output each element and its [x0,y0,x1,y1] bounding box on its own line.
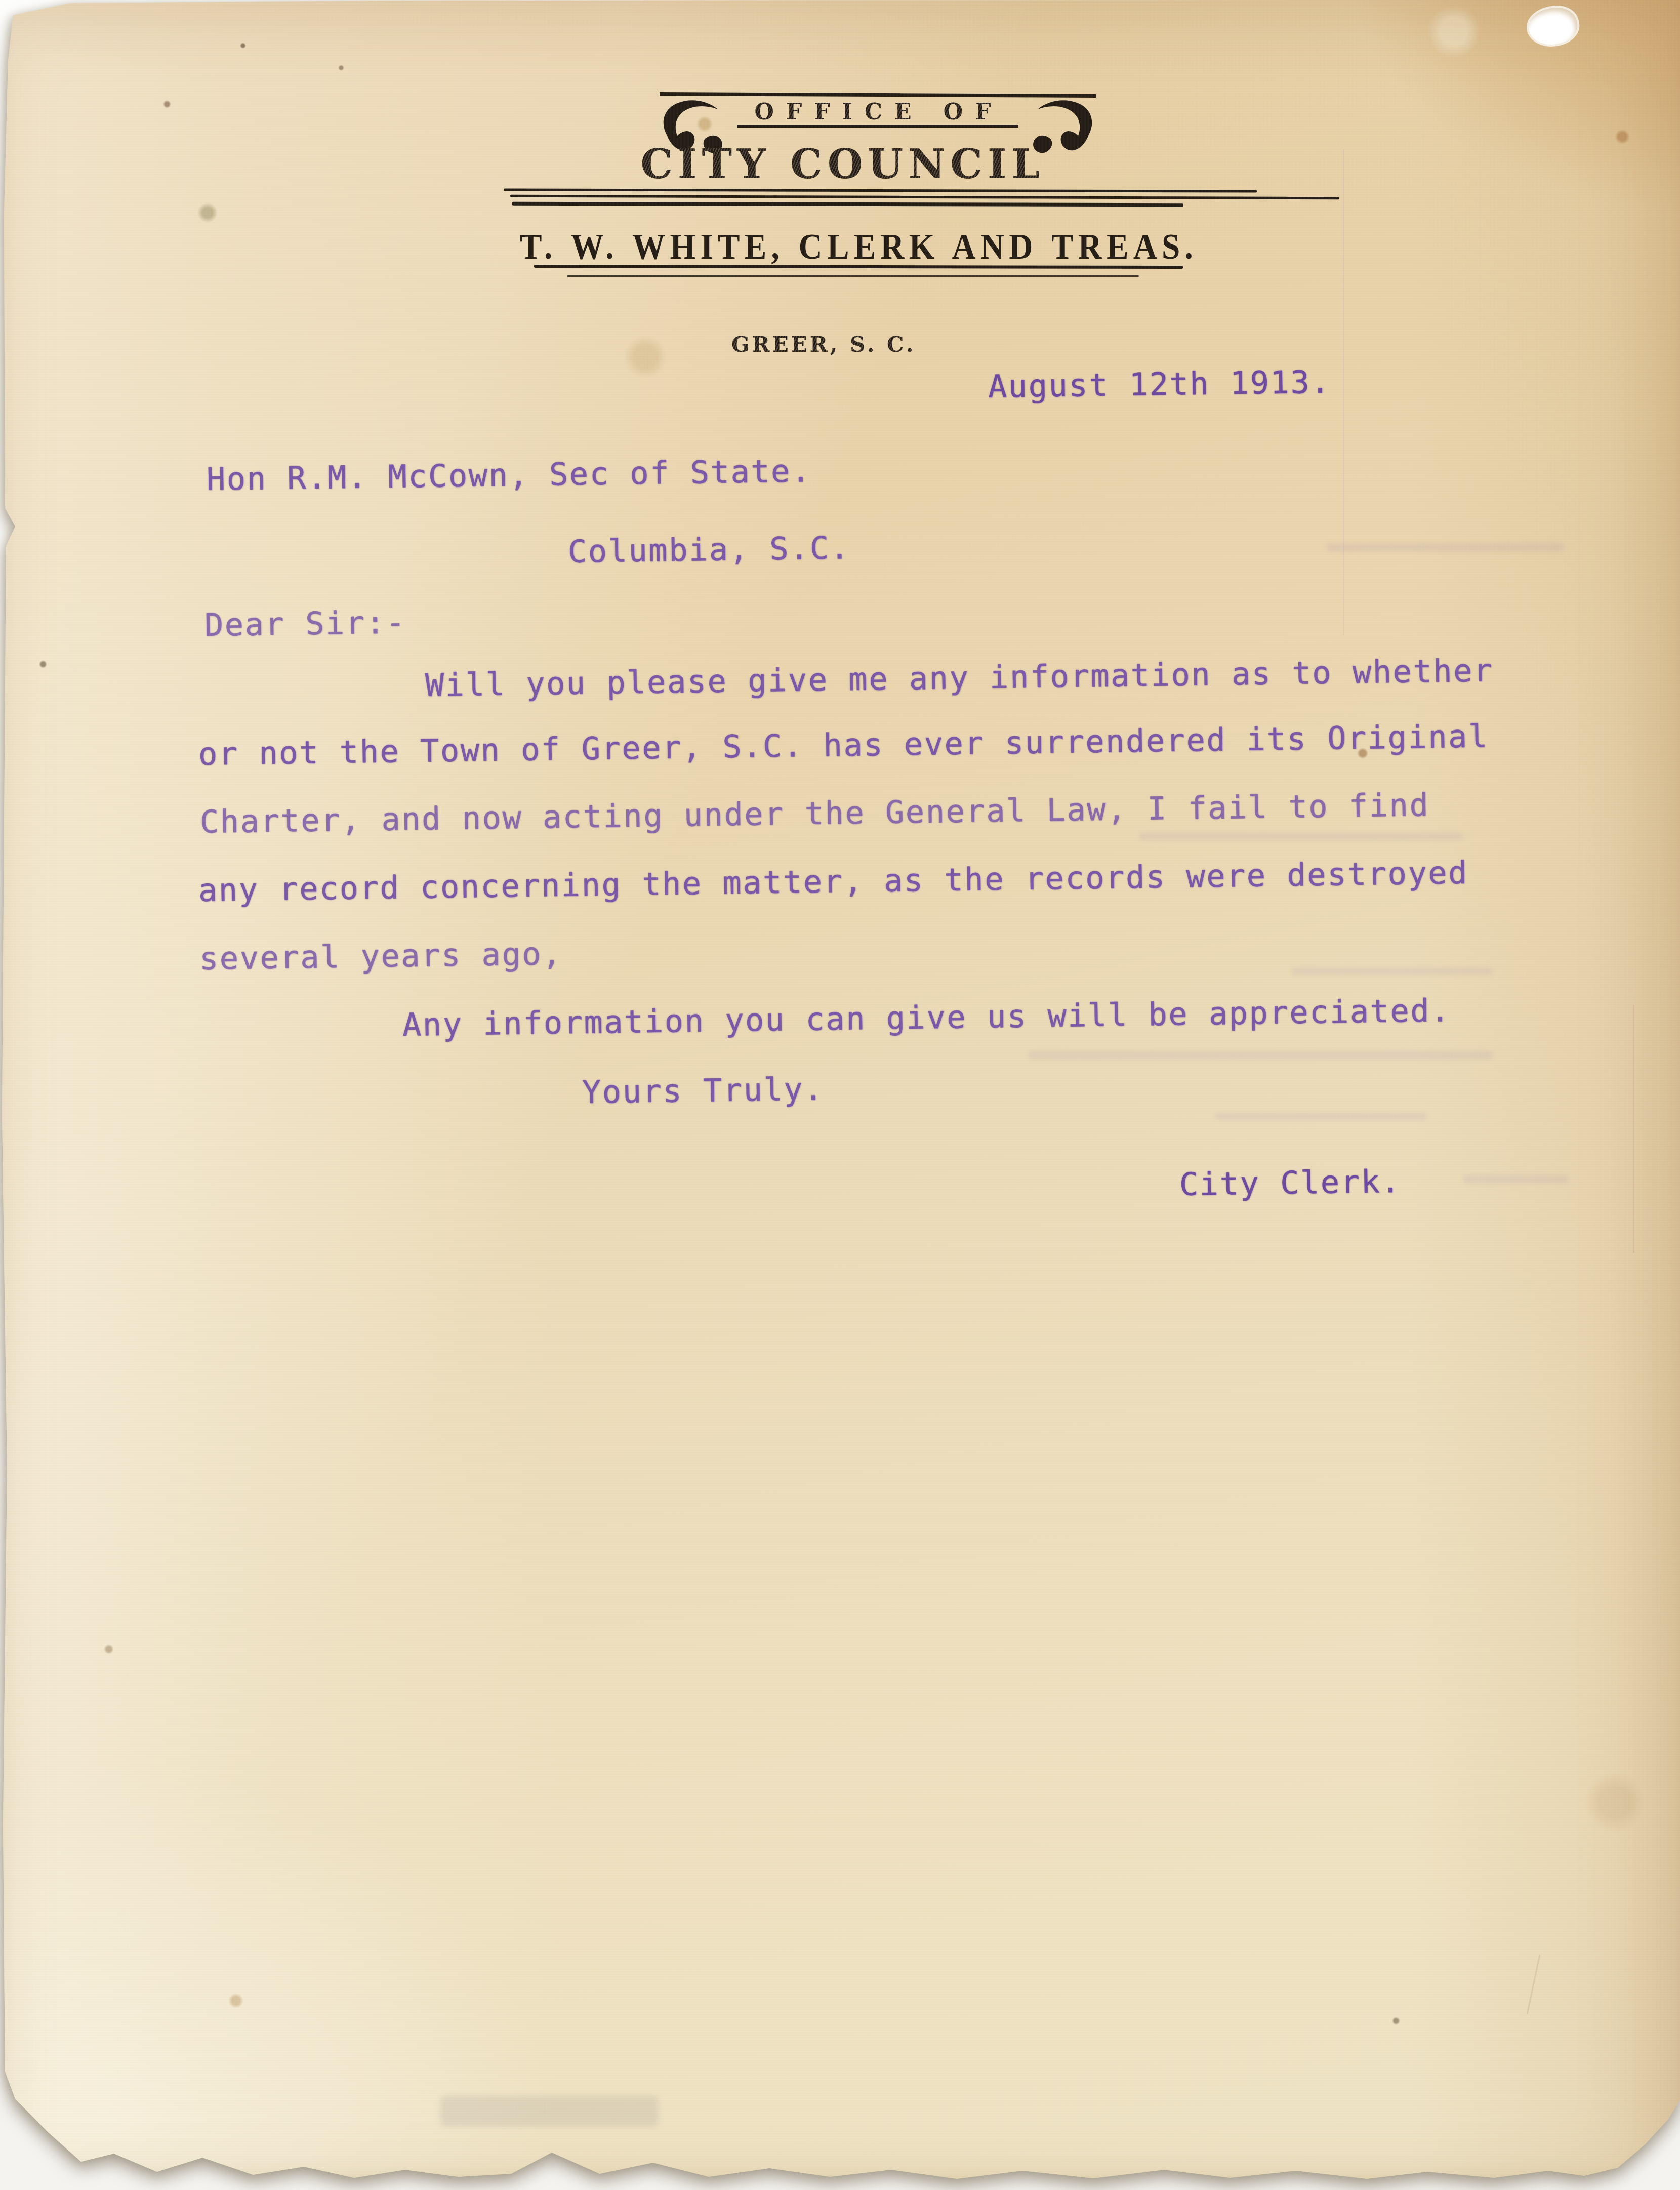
letterhead-place: GREER, S. C. [731,334,916,355]
scan-vignette [0,0,1680,2190]
paper-grain [0,0,1680,2190]
letter-recipient-city: Columbia, S.C. [568,532,850,567]
letter-salutation: Dear Sir:- [204,606,406,641]
banner-top-rule [660,92,1096,98]
ghost-ink-smudge [1326,543,1564,552]
letter-body-line: any record concerning the matter, as the… [198,857,1469,906]
letter-date: August 12th 1913. [988,367,1331,402]
ghost-ink-smudge [1028,1051,1493,1060]
letterhead-officer: T. W. WHITE, CLERK AND TREAS. [520,229,1191,265]
letter-closing-line: Any information you can give us will be … [402,995,1451,1041]
letterhead-rule-2 [510,195,1339,199]
officer-underline-2 [567,275,1139,277]
letterhead-organization: CITY COUNCIL [630,144,1055,184]
banner-middle: OFFICE OF [740,98,1015,124]
ghost-ink-smudge [1215,1113,1427,1120]
letterhead-office-of: OFFICE OF [751,98,1005,124]
letter-body-line: Will you please give me any information … [425,655,1494,701]
letter-signature: City Clerk. [1179,1166,1402,1200]
paper-sheet-wrapper: OFFICE OF CITY COUNCIL T. W. WHITE, CLER… [0,0,1680,2190]
scratch-line [1343,149,1344,635]
letter-body-line: Charter, and now acting under the Genera… [200,789,1430,838]
paper-hole [1525,3,1581,50]
letterhead-rule-1 [504,188,1257,192]
paper-sheet: OFFICE OF CITY COUNCIL T. W. WHITE, CLER… [0,0,1680,2190]
letter-body-line: several years ago, [199,938,563,975]
letter-valediction: Yours Truly. [582,1073,825,1108]
letter-body-line: or not the Town of Greer, S.C. has ever … [198,720,1489,770]
ghost-ink-smudge [1463,1175,1569,1183]
officer-underline-1 [534,265,1183,269]
ghost-ink-smudge [1291,968,1493,975]
paper-stains [0,0,1680,2190]
ghost-ink-smudge [1139,833,1463,840]
scanned-letter-canvas: OFFICE OF CITY COUNCIL T. W. WHITE, CLER… [0,0,1680,2190]
pencil-ghost-mark [440,2096,658,2126]
letterhead-rule-3 [512,202,1183,207]
paper-crease [1633,1005,1634,1253]
paper-tear-line [1527,1955,1541,2014]
letter-recipient: Hon R.M. McCown, Sec of State. [207,455,812,495]
